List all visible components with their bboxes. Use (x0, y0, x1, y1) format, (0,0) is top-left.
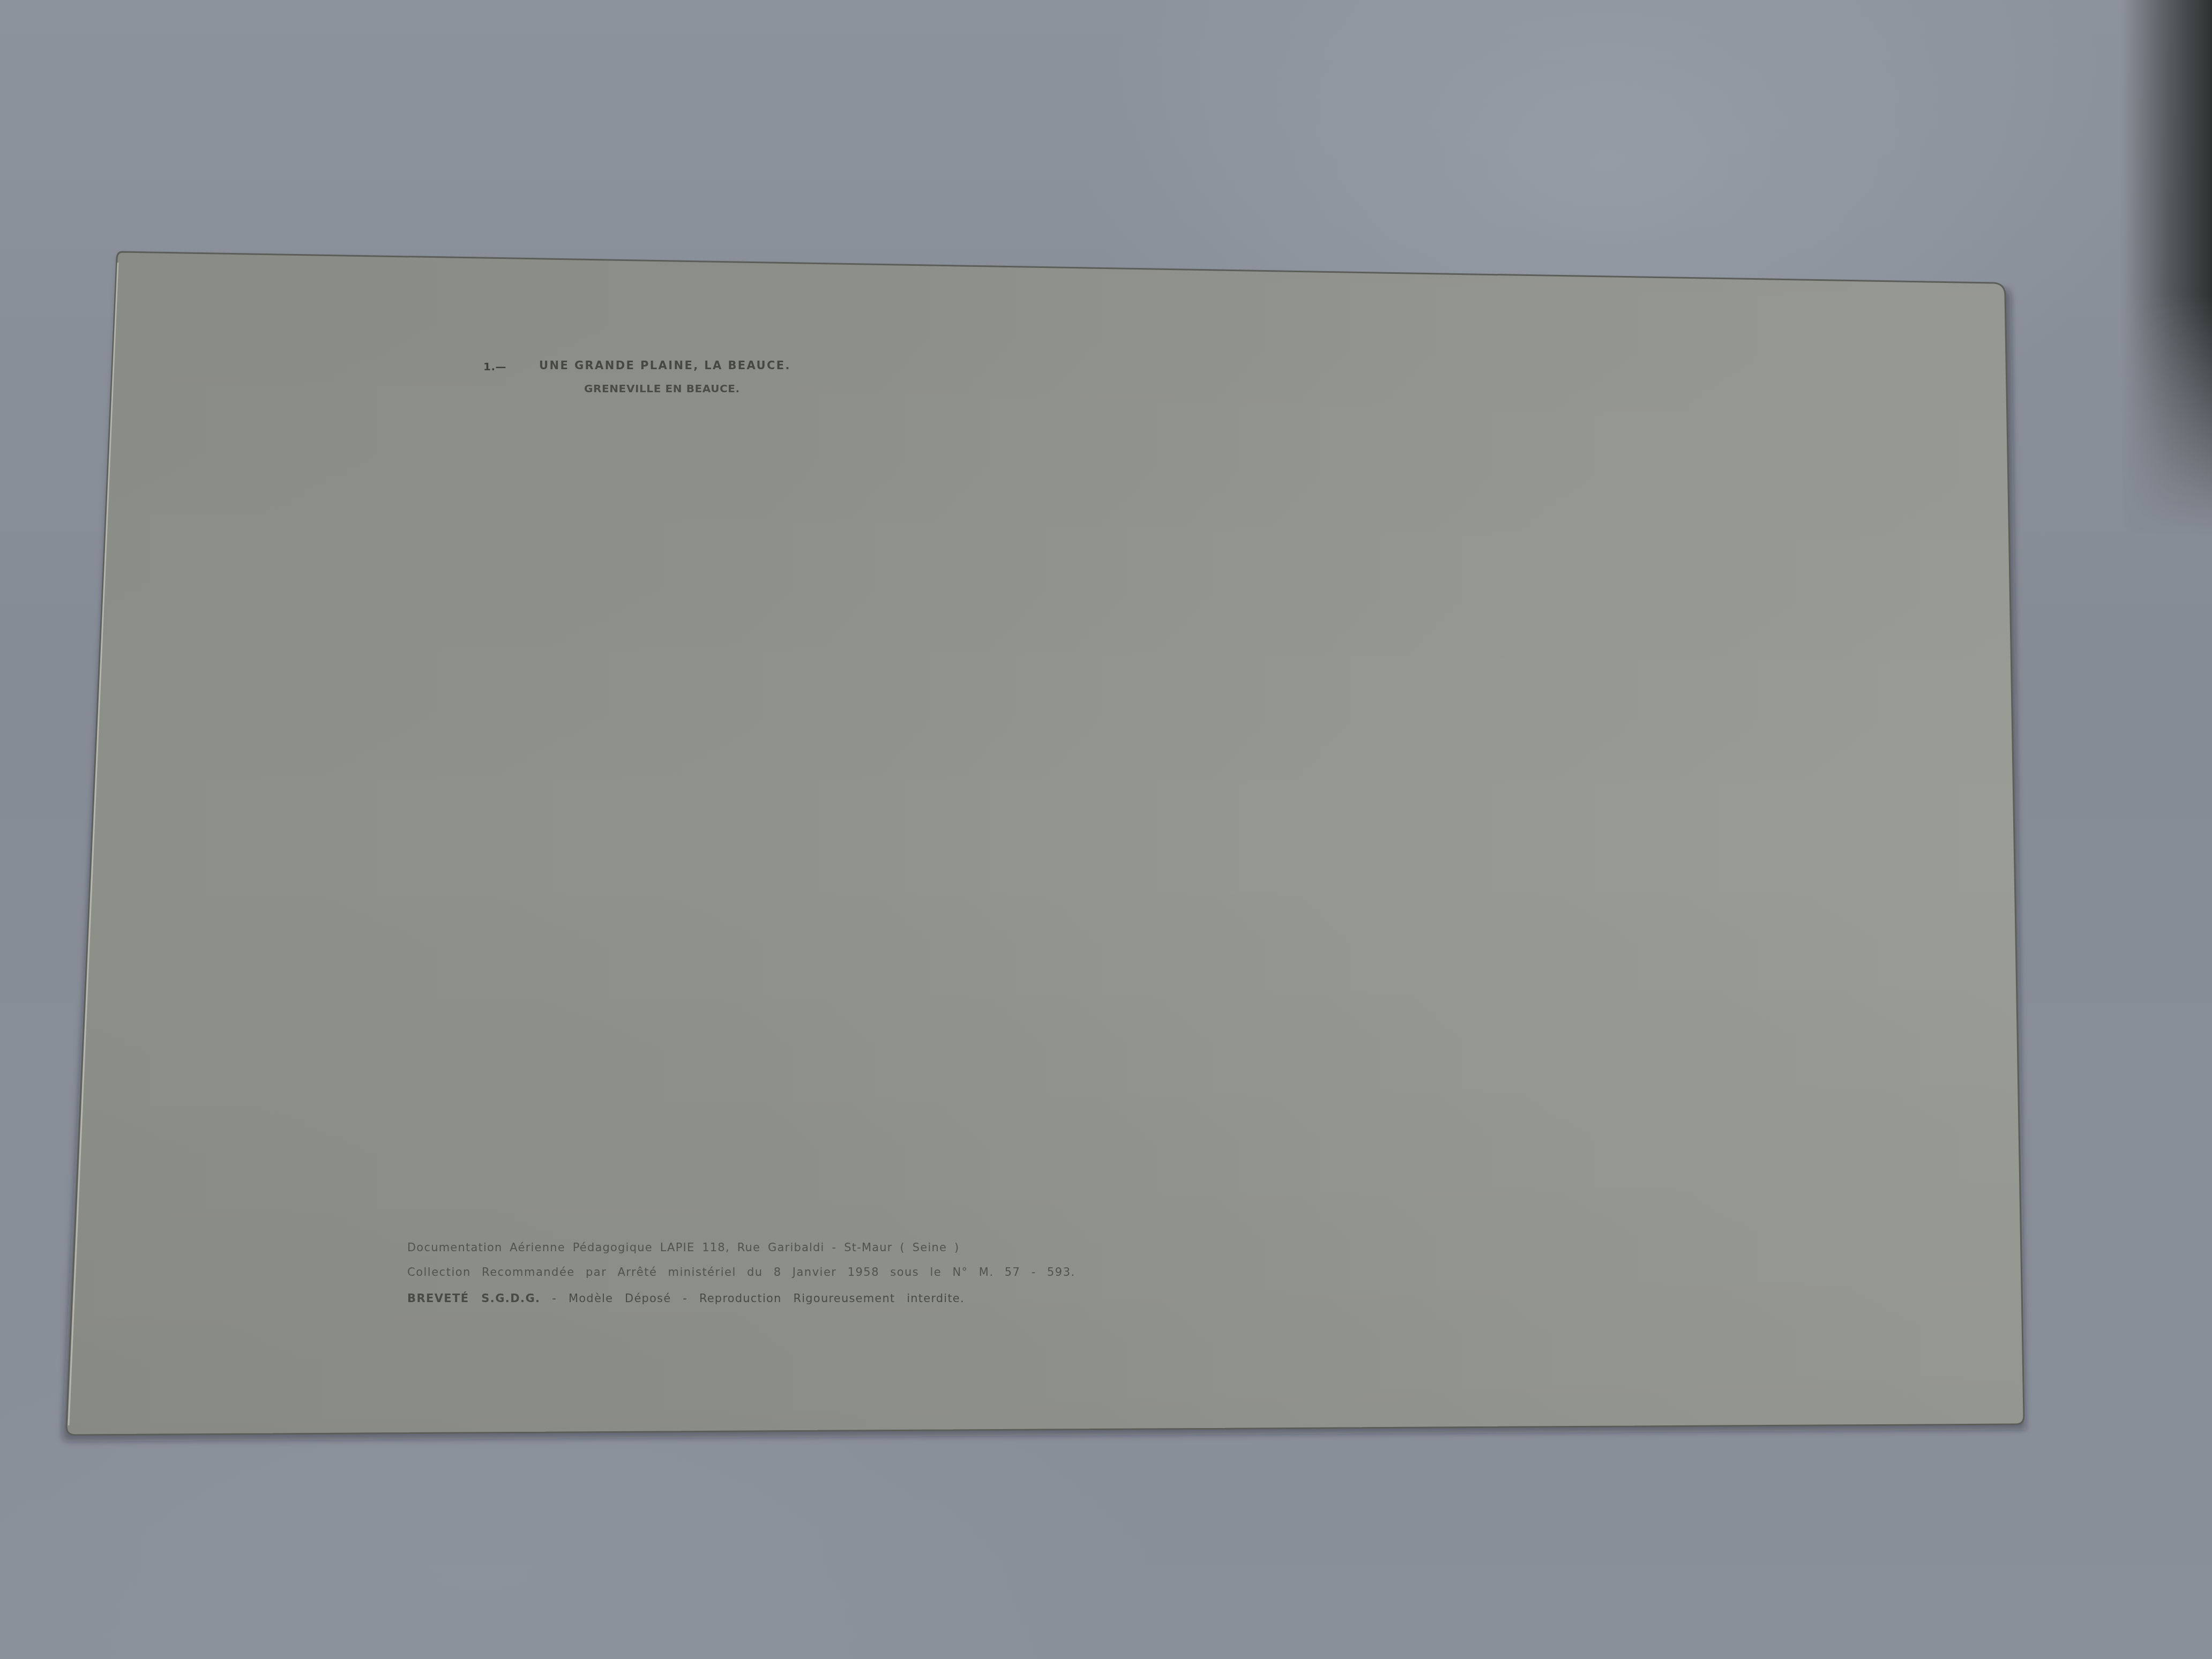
caption-number: 1.— (483, 360, 506, 373)
paper-sheet (0, 0, 2212, 1659)
caption-subtitle: GRENEVILLE EN BEAUCE. (584, 382, 740, 395)
publisher-line: Documentation Aérienne Pédagogique LAPIE… (407, 1241, 959, 1254)
caption-title: UNE GRANDE PLAINE, LA BEAUCE. (539, 359, 791, 372)
patent-label: BREVETÉ S.G.D.G. (407, 1292, 540, 1305)
collection-line: Collection Recommandée par Arrêté minist… (407, 1266, 1075, 1279)
reproduction-notice: - Modèle Déposé - Reproduction Rigoureus… (552, 1292, 965, 1305)
copyright-line: BREVETÉ S.G.D.G. - Modèle Déposé - Repro… (407, 1292, 965, 1305)
photo-card-back: 1.— UNE GRANDE PLAINE, LA BEAUCE. GRENEV… (0, 0, 2212, 1659)
